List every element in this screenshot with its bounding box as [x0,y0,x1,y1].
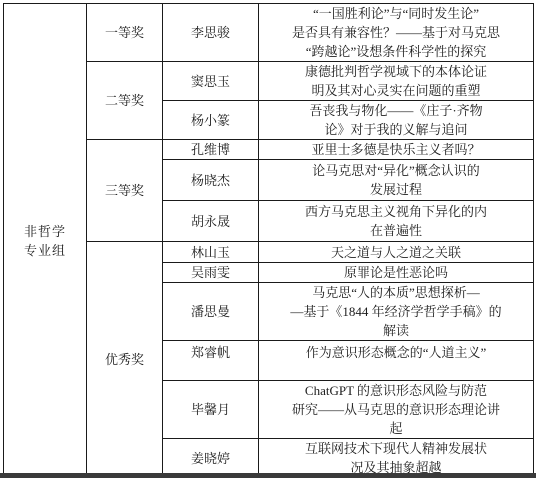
winner-name: 孔维博 [163,140,259,160]
paper-title: “一国胜利论”与“同时发生论” 是否具有兼容性？——基于对马克思 “跨越论”设想… [259,4,534,62]
winner-name: 杨小篆 [163,101,259,140]
winner-name: 姜晓婷 [163,439,259,478]
paper-title: 康德批判哲学视域下的本体论证 明及其对心灵实在问题的重塑 [259,62,534,101]
paper-title: 论马克思对“异化”概念认识的 发展过程 [259,160,534,201]
table-row: 非哲学 专业组 一等奖 李思骏 “一国胜利论”与“同时发生论” 是否具有兼容性？… [4,4,534,62]
paper-title: 亚里士多德是快乐主义者吗？ [259,140,534,160]
winner-name: 潘思曼 [163,283,259,341]
paper-title: 原罪论是性恶论吗 [259,263,534,283]
winner-name: 郑睿帆 [163,341,259,381]
paper-title: 作为意识形态概念的“人道主义” [259,341,534,381]
page-bottom-edge-bar [0,473,536,478]
group-name-cell: 非哲学 专业组 [4,4,87,478]
paper-title: 马克思“人的本质”思想探析— —基于《1844 年经济学哲学手稿》的 解读 [259,283,534,341]
awards-table: 非哲学 专业组 一等奖 李思骏 “一国胜利论”与“同时发生论” 是否具有兼容性？… [3,3,534,478]
award-second-prize-cell: 二等奖 [87,62,163,140]
award-excellence-prize-cell: 优秀奖 [87,242,163,478]
winner-name: 李思骏 [163,4,259,62]
paper-title: 吾丧我与物化——《庄子·齐物 论》对于我的义解与追问 [259,101,534,140]
paper-title: ChatGPT 的意识形态风险与防范 研究——从马克思的意识形态理论讲 起 [259,381,534,439]
award-third-prize-cell: 三等奖 [87,140,163,242]
paper-title: 西方马克思主义视角下异化的内 在普遍性 [259,201,534,242]
winner-name: 林山玉 [163,242,259,263]
document-page: 非哲学 专业组 一等奖 李思骏 “一国胜利论”与“同时发生论” 是否具有兼容性？… [0,0,536,480]
paper-title: 互联网技术下现代人精神发展状 况及其抽象超越 [259,439,534,478]
paper-title: 天之道与人之道之关联 [259,242,534,263]
winner-name: 杨晓杰 [163,160,259,201]
winner-name: 窦思玉 [163,62,259,101]
winner-name: 胡永晟 [163,201,259,242]
winner-name: 吴雨雯 [163,263,259,283]
award-first-prize-cell: 一等奖 [87,4,163,62]
winner-name: 毕馨月 [163,381,259,439]
